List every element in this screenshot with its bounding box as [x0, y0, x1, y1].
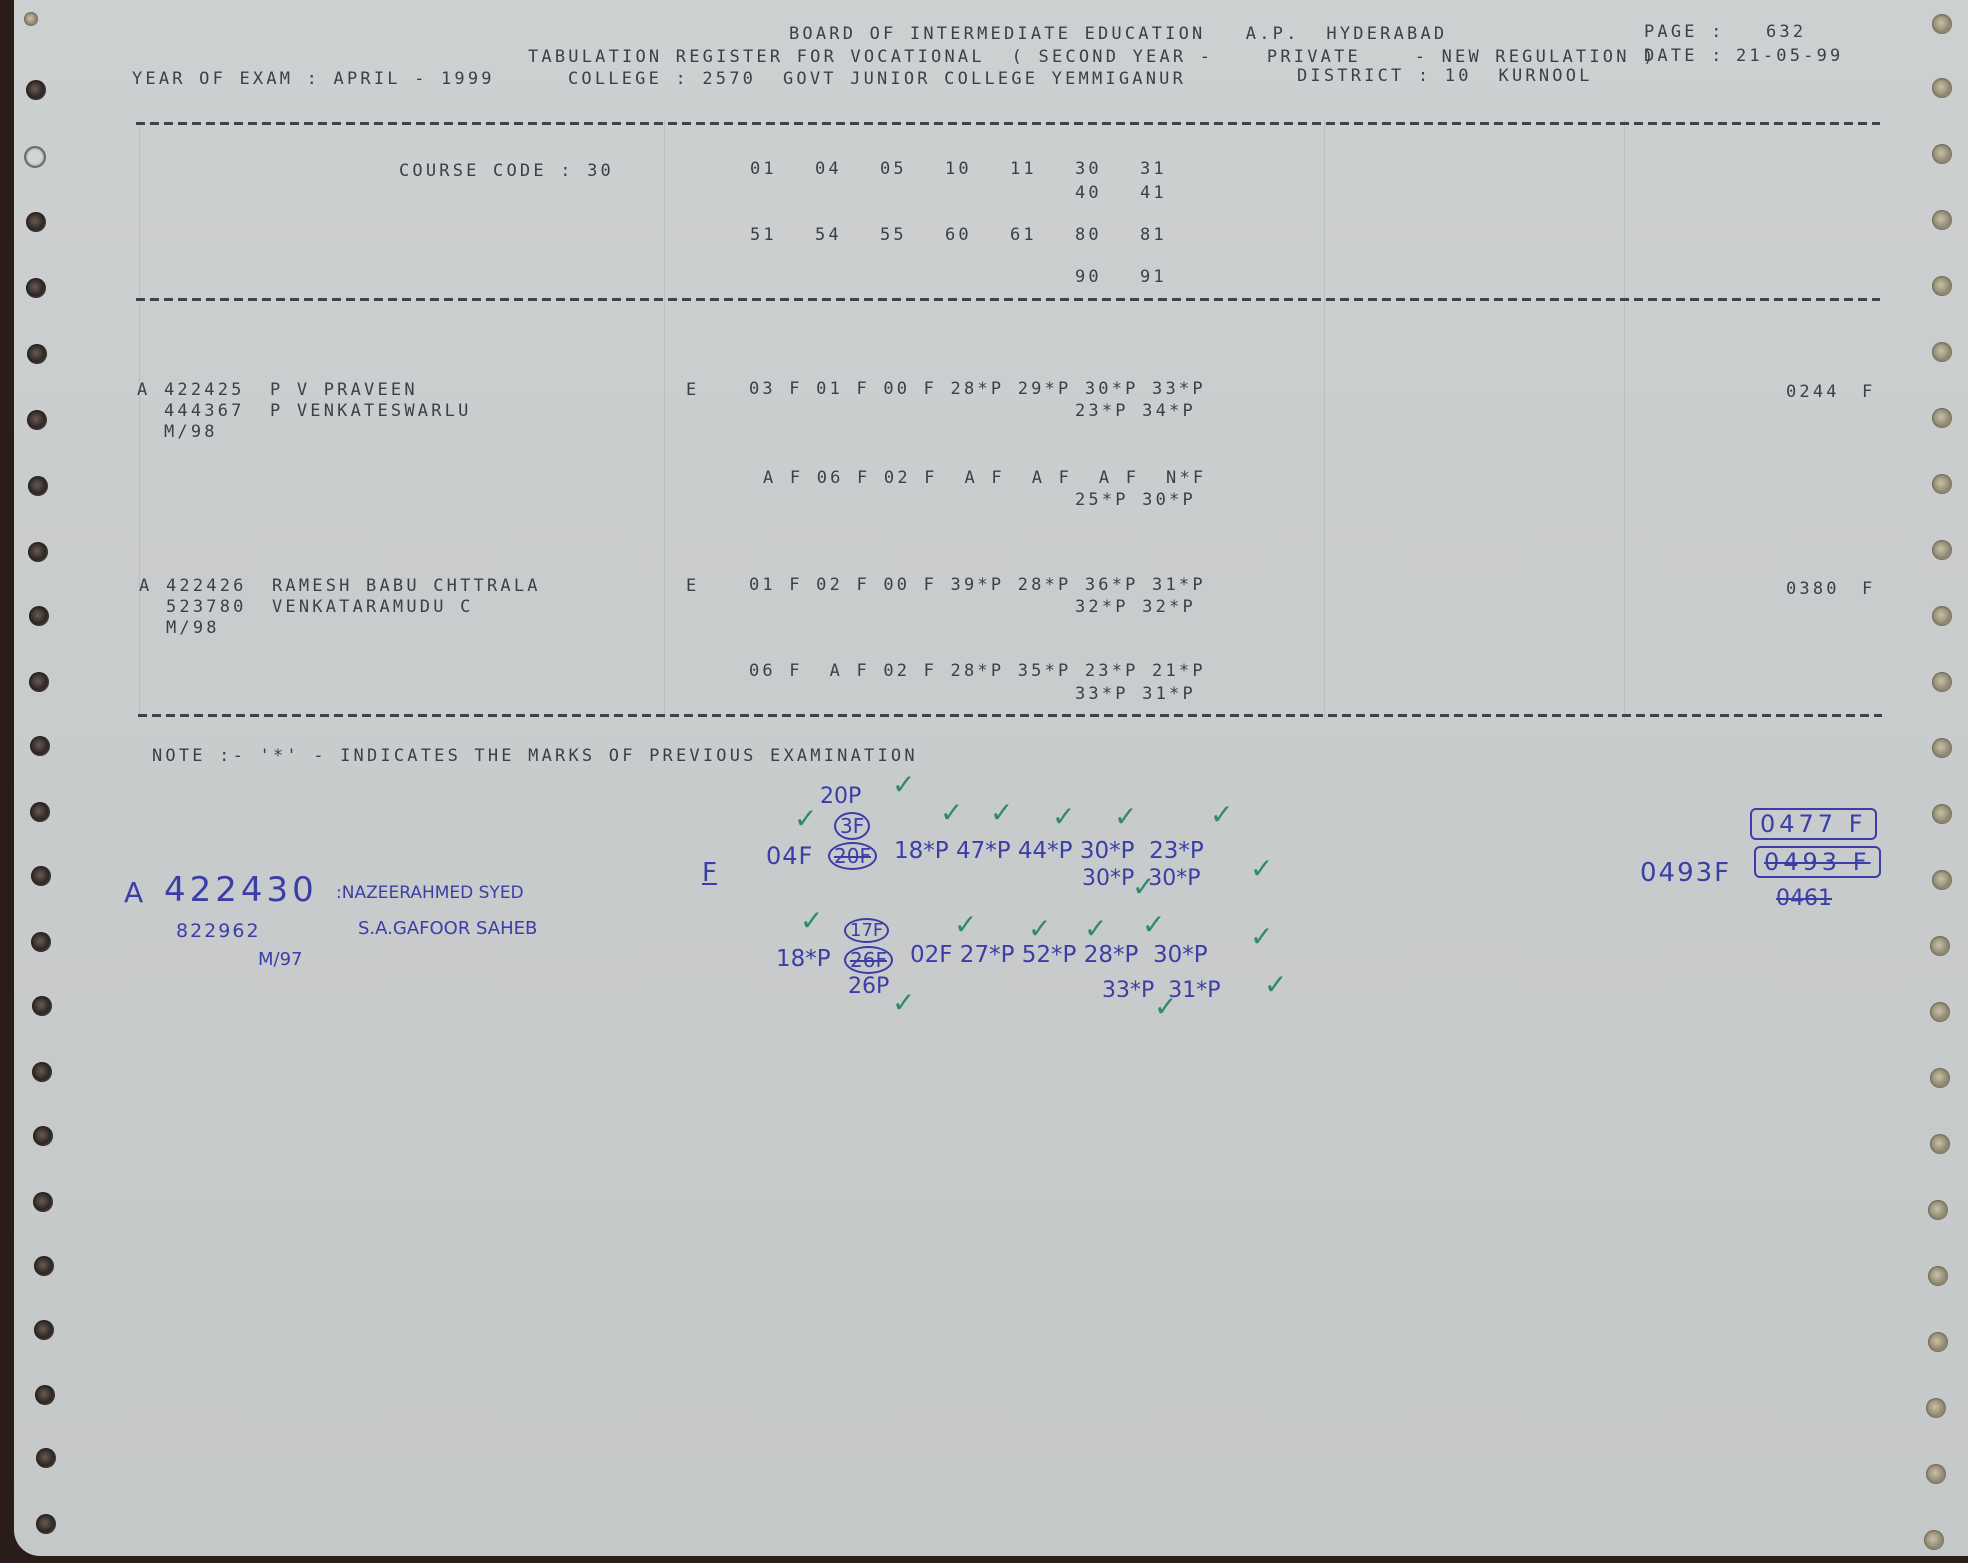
hall-ticket: 422425 [164, 380, 245, 400]
hw-marks: 18*P 47*P 44*P 30*P 23*P [894, 838, 1204, 864]
student-prefix: A [137, 380, 150, 400]
ruling-line [1624, 120, 1625, 720]
student-name: P V PRAVEEN [270, 380, 418, 400]
hw-prefix: A [124, 876, 143, 909]
punch-hole [1932, 408, 1952, 428]
punch-hole [27, 410, 47, 430]
hw-marks: 04F [766, 842, 813, 870]
punch-hole [1928, 1200, 1948, 1220]
punch-hole [28, 542, 48, 562]
punch-hole [29, 672, 49, 692]
tabulation-sheet: BOARD OF INTERMEDIATE EDUCATION A.P. HYD… [14, 0, 1968, 1556]
punch-hole [1928, 1266, 1948, 1286]
medium: E [686, 576, 699, 596]
hw-circled-mark: 3F [834, 812, 870, 840]
checkmark-icon: ✓ [954, 908, 977, 941]
checkmark-icon: ✓ [1114, 800, 1137, 833]
punch-hole [34, 1320, 54, 1340]
punch-hole [1932, 738, 1952, 758]
father-name: VENKATARAMUDU C [272, 597, 474, 617]
year-of-exam: YEAR OF EXAM : APRIL - 1999 [132, 69, 495, 89]
punch-hole [1932, 672, 1952, 692]
marks-row: 33*P 31*P [1075, 684, 1196, 704]
hw-circled-mark: 17F [844, 918, 889, 943]
district-info: DISTRICT : 10 KURNOOL [1297, 66, 1593, 86]
punch-hole [1932, 870, 1952, 890]
marks-row: 32*P 32*P [1075, 597, 1196, 617]
punch-hole [30, 802, 50, 822]
checkmark-icon: ✓ [1028, 912, 1051, 945]
marks-row: 25*P 30*P [1075, 490, 1196, 510]
hall-ticket: 422426 [166, 576, 247, 596]
checkmark-icon: ✓ [1142, 908, 1165, 941]
punch-hole [24, 146, 46, 168]
punch-hole [1930, 1134, 1950, 1154]
checkmark-icon: ✓ [1210, 798, 1233, 831]
marks-row: 01 F 02 F 00 F 39*P 28*P 36*P 31*P [749, 575, 1206, 595]
register-title: TABULATION REGISTER FOR VOCATIONAL ( SEC… [528, 47, 1657, 67]
punch-hole [1932, 276, 1952, 296]
hw-corrected-mark: 20P [820, 784, 861, 809]
punch-hole [36, 1448, 56, 1468]
punch-hole [1932, 540, 1952, 560]
date-label: DATE : [1644, 46, 1725, 66]
marks-row: A F 06 F 02 F A F A F A F N*F [763, 468, 1206, 488]
punch-hole [26, 212, 46, 232]
hw-total-boxed: 0477 F [1750, 808, 1877, 840]
punch-hole [1928, 1332, 1948, 1352]
punch-hole [1932, 144, 1952, 164]
page-label: PAGE : [1644, 22, 1725, 42]
result: F [1862, 382, 1875, 402]
punch-hole [28, 476, 48, 496]
hw-marks: 18*P [776, 946, 831, 972]
checkmark-icon: ✓ [1264, 968, 1287, 1001]
punch-hole [1930, 1002, 1950, 1022]
hw-ref-number: 822962 [176, 920, 261, 942]
ruling-line [664, 120, 665, 720]
punch-hole [29, 606, 49, 626]
punch-hole [1924, 1530, 1944, 1550]
checkmark-icon: ✓ [940, 796, 963, 829]
checkmark-icon: ✓ [1250, 852, 1273, 885]
punch-hole [1926, 1398, 1946, 1418]
student-name: RAMESH BABU CHTTRALA [272, 576, 541, 596]
punch-hole [33, 1192, 53, 1212]
marks-row: 23*P 34*P [1075, 401, 1196, 421]
punch-hole [35, 1385, 55, 1405]
ref-number: 523780 [166, 597, 247, 617]
punch-hole [33, 1126, 53, 1146]
hw-hall-ticket: 422430 [164, 870, 318, 910]
punch-hole [27, 344, 47, 364]
hw-marks: 02F 27*P 52*P 28*P 30*P [910, 942, 1208, 968]
checkmark-icon: ✓ [892, 986, 915, 1019]
father-name: P VENKATESWARLU [270, 401, 472, 421]
punch-hole [31, 866, 51, 886]
page-number: 632 [1766, 22, 1806, 42]
punch-hole [1932, 14, 1952, 34]
board-title: BOARD OF INTERMEDIATE EDUCATION A.P. HYD… [789, 24, 1447, 44]
student-prefix: A [139, 576, 152, 596]
total-marks: 0380 [1786, 579, 1840, 599]
punch-hole [24, 12, 38, 26]
checkmark-icon: ✓ [990, 796, 1013, 829]
punch-hole [32, 1062, 52, 1082]
hw-total-old: 0461 [1776, 886, 1832, 911]
checkmark-icon: ✓ [1154, 990, 1177, 1023]
punch-hole [1930, 936, 1950, 956]
college-info: COLLEGE : 2570 GOVT JUNIOR COLLEGE YEMMI… [568, 69, 1186, 89]
date-value: 21-05-99 [1736, 46, 1843, 66]
previous-exam: M/98 [166, 618, 220, 638]
hw-total-struck: 0493 F [1754, 846, 1881, 878]
ref-number: 444367 [164, 401, 245, 421]
punch-hole [1932, 804, 1952, 824]
checkmark-icon: ✓ [1052, 800, 1075, 833]
punch-hole [1932, 474, 1952, 494]
ruling-line [139, 120, 140, 720]
punch-hole [1930, 1068, 1950, 1088]
separator-line [136, 298, 1880, 301]
punch-hole [26, 278, 46, 298]
hw-previous-exam: M/97 [258, 949, 303, 970]
punch-hole [1926, 1464, 1946, 1484]
hw-corrected-mark: 26P [848, 974, 889, 999]
punch-hole [30, 736, 50, 756]
checkmark-icon: ✓ [794, 802, 817, 835]
separator-line [136, 122, 1880, 125]
hw-student-name: :NAZEERAHMED SYED [336, 883, 524, 903]
previous-exam: M/98 [164, 422, 218, 442]
result: F [1862, 579, 1875, 599]
hw-total: 0493F [1640, 858, 1731, 888]
punch-hole [31, 932, 51, 952]
punch-hole [1932, 210, 1952, 230]
total-marks: 0244 [1786, 382, 1840, 402]
punch-hole [26, 80, 46, 100]
ruling-line [1324, 120, 1325, 720]
punch-hole [32, 996, 52, 1016]
marks-row: 06 F A F 02 F 28*P 35*P 23*P 21*P [749, 661, 1206, 681]
checkmark-icon: ✓ [1250, 920, 1273, 953]
checkmark-icon: ✓ [800, 904, 823, 937]
footnote: NOTE :- '*' - INDICATES THE MARKS OF PRE… [152, 746, 918, 766]
marks-row: 03 F 01 F 00 F 28*P 29*P 30*P 33*P [749, 379, 1206, 399]
checkmark-icon: ✓ [892, 768, 915, 801]
course-code-label: COURSE CODE : 30 [399, 161, 614, 181]
punch-hole [34, 1256, 54, 1276]
checkmark-icon: ✓ [1084, 912, 1107, 945]
checkmark-icon: ✓ [1132, 870, 1155, 903]
medium: E [686, 380, 699, 400]
separator-line [138, 714, 1882, 717]
punch-hole [1932, 78, 1952, 98]
hw-father-name: S.A.GAFOOR SAHEB [358, 918, 537, 939]
hw-struck-mark: 26F [844, 946, 893, 974]
punch-hole [1932, 606, 1952, 626]
hw-struck-mark: 20F [828, 842, 877, 870]
hw-medium: F [702, 858, 717, 888]
punch-hole [36, 1514, 56, 1534]
punch-hole [1932, 342, 1952, 362]
